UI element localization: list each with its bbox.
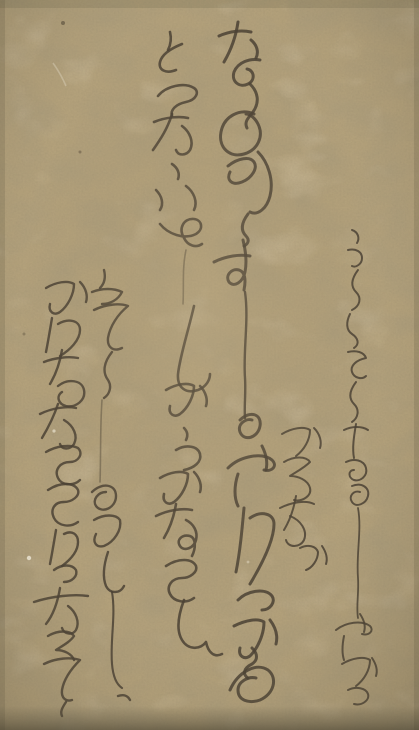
vignette-overlay bbox=[0, 0, 419, 730]
left-edge-shadow bbox=[0, 0, 5, 730]
top-edge-shadow bbox=[0, 0, 419, 8]
manuscript-photo: Photograph of a fragment of classical Ja… bbox=[0, 0, 419, 730]
bottom-edge-shadow bbox=[0, 706, 419, 730]
calligraphy-artwork bbox=[0, 0, 419, 730]
right-edge-shadow bbox=[414, 0, 419, 730]
